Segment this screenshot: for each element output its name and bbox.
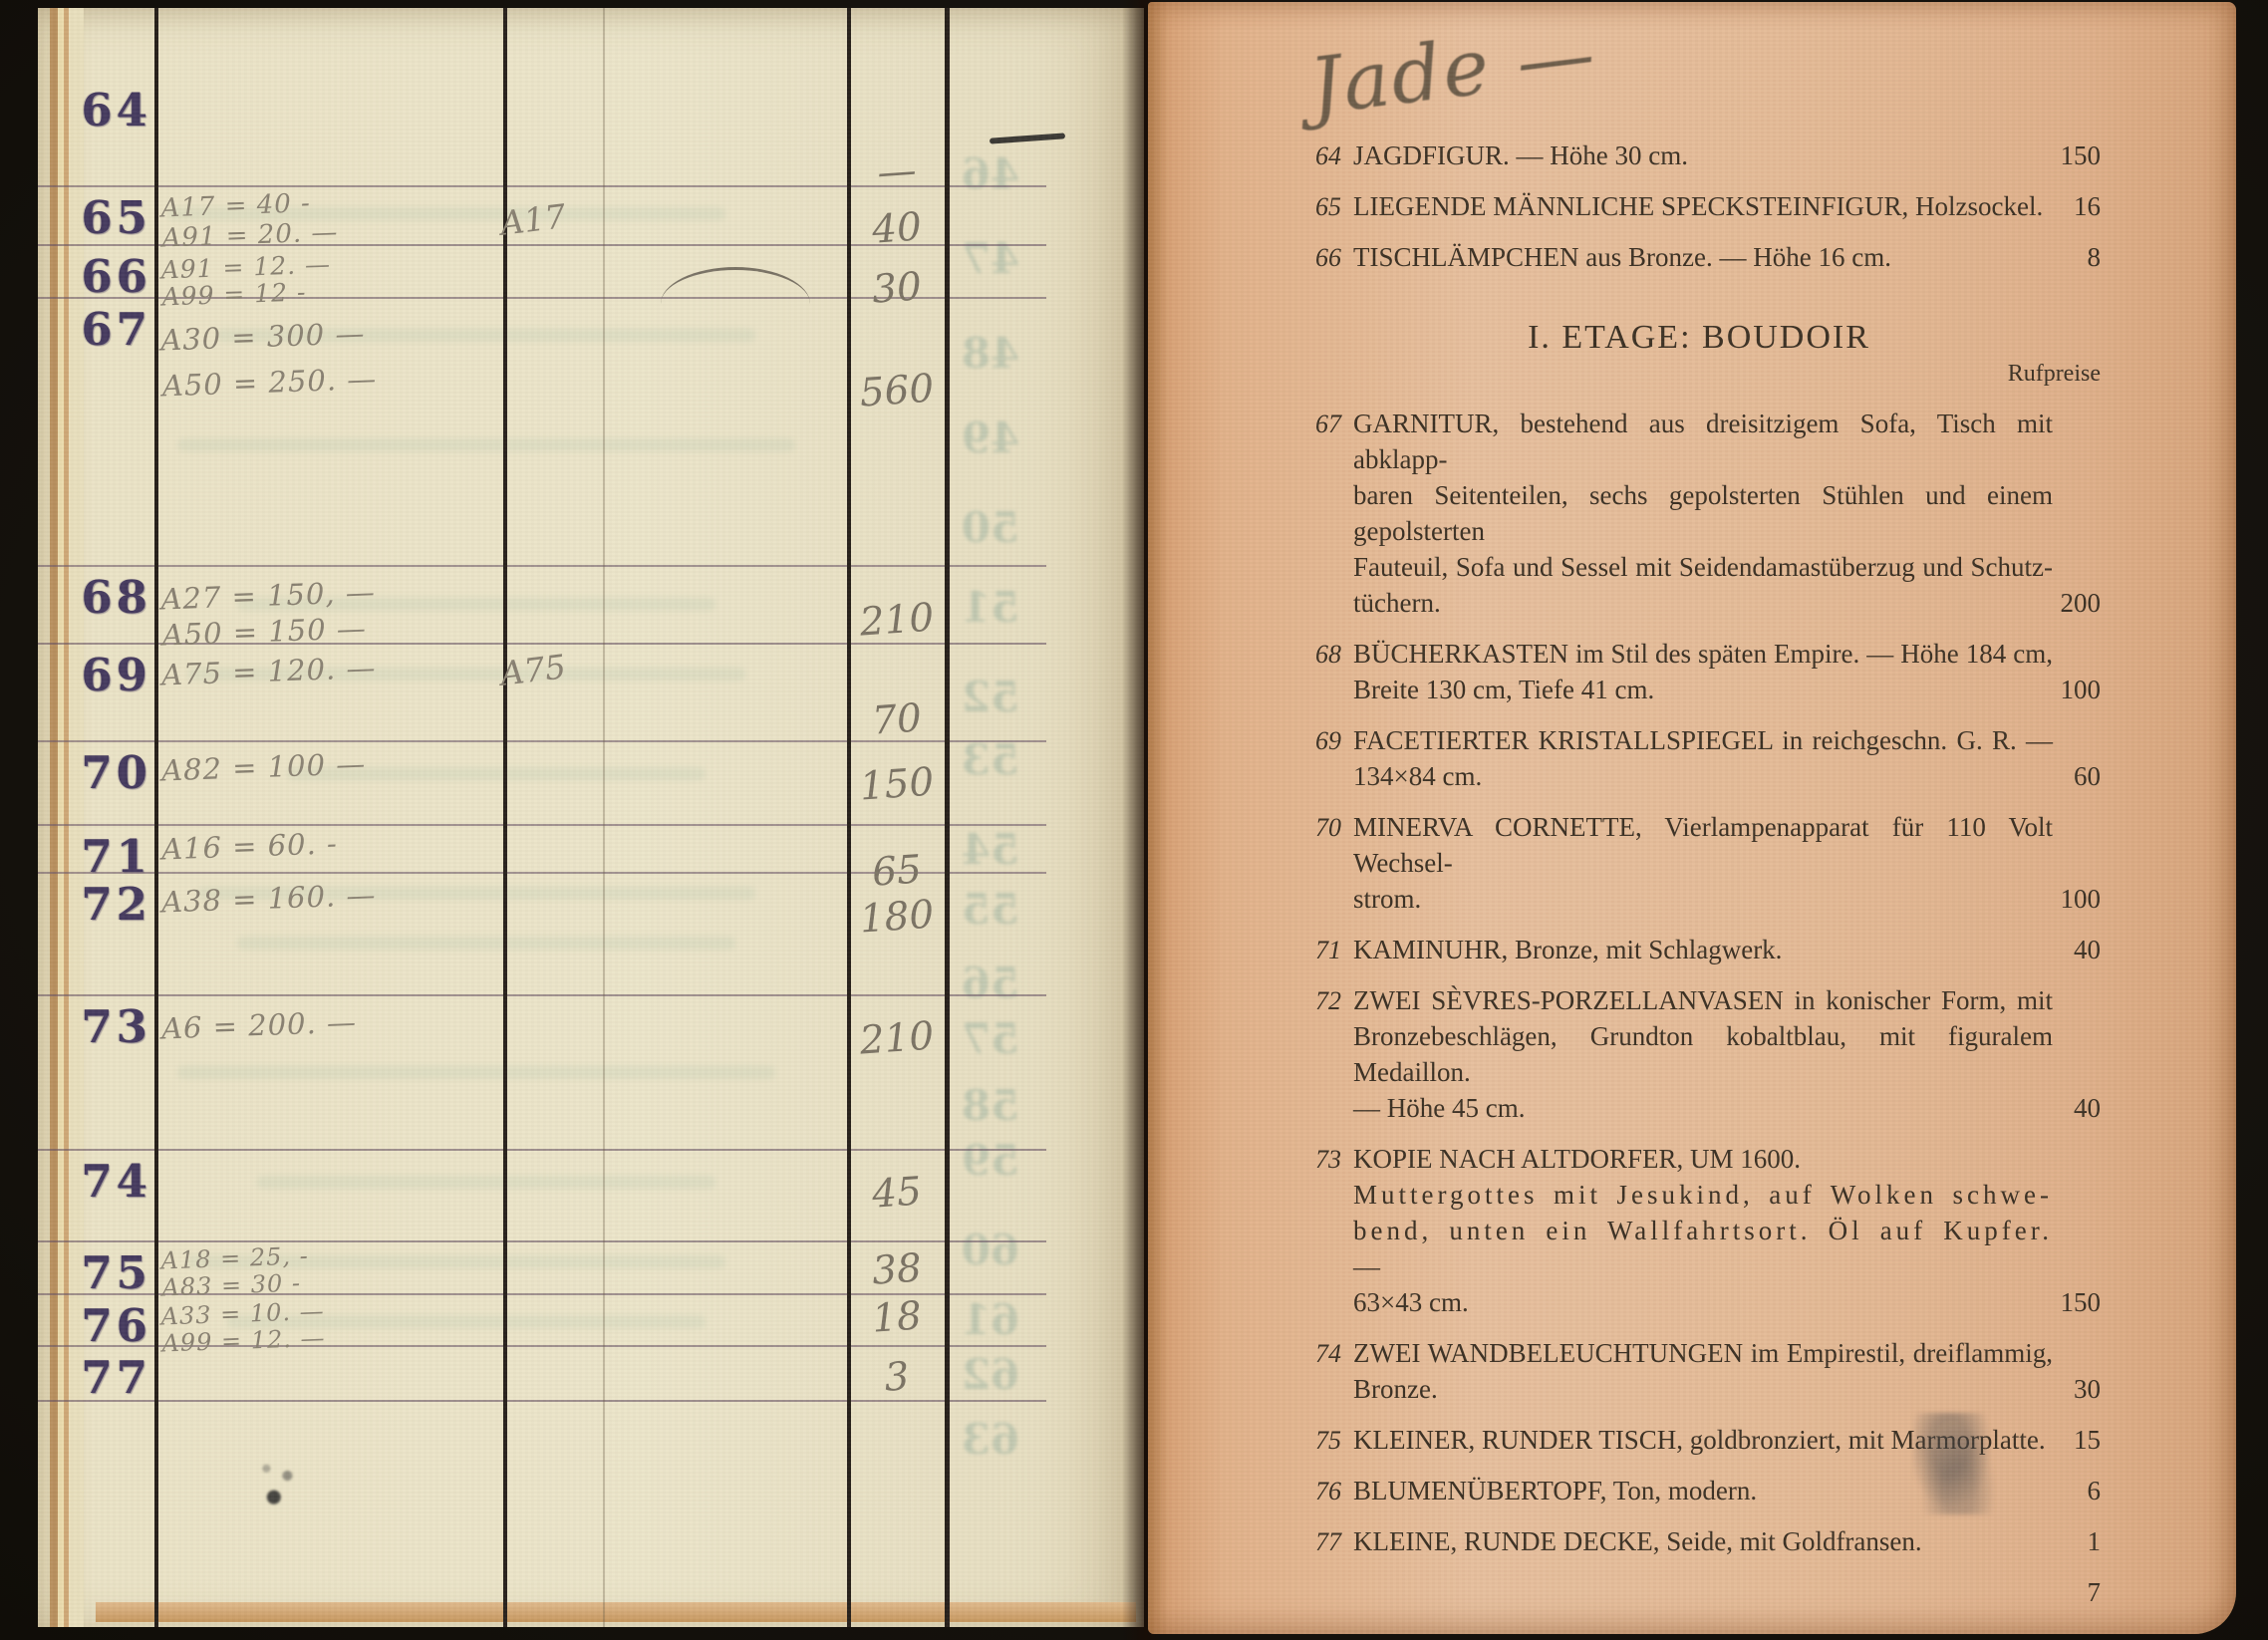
catalog-item-text: FACETIERTER KRISTALLSPIEGEL in reichgesc… [1353,722,2053,794]
bleedthrough-number: 56 [943,958,1038,1007]
catalog-items-boudoir: 67GARNITUR, bestehend aus dreisitzigem S… [1297,406,2101,1559]
bleedthrough-number: 48 [943,329,1038,378]
handwritten-result: 560 [846,366,949,417]
catalog-item-line: ZWEI SÈVRES-PORZELLANVASEN in konischer … [1353,982,2053,1018]
ledger-rule [38,824,1046,826]
catalog-item-number: 64 [1297,137,1353,173]
bleedthrough-number: 60 [943,1226,1038,1274]
bleedthrough-text-smear [177,1066,775,1079]
bleedthrough-number: 51 [943,583,1038,632]
handwritten-note-line: A82 = 100 — [161,742,531,788]
handwritten-note-line: A16 = 60. - [161,821,531,867]
catalog-item-line: BÜCHERKASTEN im Stil des späten Empire. … [1353,636,2053,672]
handwritten-result: 65 [846,846,949,898]
catalog-item-number: 66 [1297,239,1353,275]
handwritten-lot-tag: A17 [498,196,568,243]
catalog-item-line: 134×84 cm. [1353,758,2053,794]
catalog-item: 65LIEGENDE MÄNNLICHE SPECKSTEINFIGUR, Ho… [1297,188,2101,224]
lot-number-stamp: 71 [64,830,151,883]
catalog-item-price: 150 [2053,1284,2101,1320]
catalog-item-number: 70 [1297,809,1353,917]
bleedthrough-number: 46 [943,149,1038,198]
bleedthrough-number: 52 [943,673,1038,721]
catalog-item-line: KLEINE, RUNDE DECKE, Seide, mit Goldfran… [1353,1523,2053,1559]
catalog-item: 73KOPIE NACH ALTDORFER, UM 1600.Muttergo… [1297,1141,2101,1320]
section-heading: I. ETAGE: BOUDOIR [1297,319,2101,357]
ink-smudge [249,1453,311,1524]
bleedthrough-text-smear [237,937,735,950]
lot-number-stamp: 69 [64,649,151,701]
ledger-rule [38,565,1046,567]
handwritten-note: A82 = 100 — [161,742,531,788]
catalog-item-number: 68 [1297,636,1353,707]
catalog-item-text: LIEGENDE MÄNNLICHE SPECKSTEINFIGUR, Holz… [1353,188,2053,224]
ledger-column-line-thin [603,8,605,1627]
lot-number-stamp: 76 [64,1299,151,1352]
catalog-item-line: Bronzebeschlägen, Grundton kobaltblau, m… [1353,1018,2053,1090]
catalog-item-price: 8 [2053,239,2101,275]
ledger-rule [38,1400,1046,1402]
bleedthrough-number: 53 [943,735,1038,784]
bleedthrough-number: 55 [943,885,1038,934]
ledger-rule [38,1240,1046,1242]
lot-number-stamp: 65 [64,191,151,244]
catalog-item-line: tüchern. [1353,585,2053,621]
handwritten-result: 45 [846,1168,949,1220]
catalog-item: 71KAMINUHR, Bronze, mit Schlagwerk.40 [1297,932,2101,967]
catalog-item-price: 200 [2053,585,2101,621]
catalog-item-number: 76 [1297,1473,1353,1508]
handwritten-note: A17 = 40 -A91 = 20. — [160,181,531,254]
catalog-item-number: 75 [1297,1422,1353,1458]
catalog-item: 70MINERVA CORNETTE, Vierlampenapparat fü… [1297,809,2101,917]
catalog-item-text: KAMINUHR, Bronze, mit Schlagwerk. [1353,932,2053,967]
handwritten-note: A33 = 10. —A99 = 12. — [160,1291,531,1358]
handwritten-note-line: A38 = 160. — [161,874,531,920]
lot-number-stamp: 74 [64,1155,151,1208]
catalog-item-line: ZWEI WANDBELEUCHTUNGEN im Empirestil, dr… [1353,1335,2053,1371]
handwritten-note: A91 = 12. —A99 = 12 - [160,244,531,311]
catalog-item-number: 73 [1297,1141,1353,1320]
handwritten-note: A16 = 60. - [161,821,531,867]
handwritten-result: 38 [846,1244,949,1296]
handwritten-note: A38 = 160. — [161,874,531,920]
catalog-item-number: 74 [1297,1335,1353,1407]
catalog-item-number: 77 [1297,1523,1353,1559]
catalog-item: 66TISCHLÄMPCHEN aus Bronze. — Höhe 16 cm… [1297,239,2101,275]
catalog-page: Jade — 64JAGDFIGUR. — Höhe 30 cm.15065LI… [1148,2,2236,1634]
lot-number-stamp: 77 [64,1351,151,1404]
handwritten-section-title: Jade — [1305,9,1601,134]
handwritten-result: — [846,146,949,198]
catalog-item-price: 1 [2053,1523,2101,1559]
catalog-item-text: BÜCHERKASTEN im Stil des späten Empire. … [1353,636,2053,707]
handwritten-note: A27 = 150, —A50 = 150 — [160,569,531,654]
catalog-item-price: 6 [2053,1473,2101,1508]
catalog-item-price: 100 [2053,881,2101,917]
catalog-items-ground: 64JAGDFIGUR. — Höhe 30 cm.15065LIEGENDE … [1297,137,2101,275]
pencil-arc-mark [661,267,810,304]
catalog-item-text: KLEINE, RUNDE DECKE, Seide, mit Goldfran… [1353,1523,2053,1559]
catalog-item-price: 40 [2053,1090,2101,1126]
catalog-item-price: 150 [2053,137,2101,173]
handwritten-note: A30 = 300 —A50 = 250. — [160,305,532,410]
handwritten-result: 150 [846,759,949,811]
handwritten-result: 30 [846,263,949,315]
lot-number-stamp: 70 [64,746,151,799]
handwritten-result: 3 [846,1352,949,1404]
catalog-item-text: GARNITUR, bestehend aus dreisitzigem Sof… [1353,406,2053,621]
catalog-item-line: FACETIERTER KRISTALLSPIEGEL in reichgesc… [1353,722,2053,758]
book-photo: 464748495051525354555657585960616263 64—… [0,0,2268,1640]
catalog-item-line: JAGDFIGUR. — Höhe 30 cm. [1353,137,2053,173]
catalog-item-number: 69 [1297,722,1353,794]
catalog-item-text: ZWEI SÈVRES-PORZELLANVASEN in konischer … [1353,982,2053,1126]
catalog-item-line: MINERVA CORNETTE, Vierlampenapparat für … [1353,809,2053,881]
catalog-item-line: KOPIE NACH ALTDORFER, UM 1600. [1353,1141,2053,1177]
catalog-item: 77KLEINE, RUNDE DECKE, Seide, mit Goldfr… [1297,1523,2101,1559]
catalog-item-number: 71 [1297,932,1353,967]
stain-mark [1913,1413,1995,1514]
catalog-item-line: Breite 130 cm, Tiefe 41 cm. [1353,672,2053,707]
catalog-item-price: 60 [2053,758,2101,794]
catalog-item-text: JAGDFIGUR. — Höhe 30 cm. [1353,137,2053,173]
bleedthrough-number: 49 [943,413,1038,462]
lot-number-stamp: 68 [64,571,151,624]
catalog-item-price: 15 [2053,1422,2101,1458]
bleedthrough-number: 59 [943,1136,1038,1185]
catalog-item-line: KAMINUHR, Bronze, mit Schlagwerk. [1353,932,2053,967]
catalog-item-number: 72 [1297,982,1353,1126]
catalog-item-price: 40 [2053,932,2101,967]
catalog-item: 67GARNITUR, bestehend aus dreisitzigem S… [1297,406,2101,621]
handwritten-note: A6 = 200. — [161,1000,531,1046]
page-number: 7 [1297,1577,2101,1608]
handwritten-lot-tag: A75 [498,647,568,693]
bleedthrough-number: 61 [943,1295,1038,1344]
catalog-item-price: 100 [2053,672,2101,707]
bleedthrough-number: 57 [943,1014,1038,1063]
catalog-text-column: 64JAGDFIGUR. — Höhe 30 cm.15065LIEGENDE … [1297,137,2101,1608]
bleedthrough-number: 50 [943,503,1038,552]
ledger-rule [38,1149,1046,1151]
catalog-item: 72ZWEI SÈVRES-PORZELLANVASEN in konische… [1297,982,2101,1126]
catalog-item-line: TISCHLÄMPCHEN aus Bronze. — Höhe 16 cm. [1353,239,2053,275]
catalog-item-text: ZWEI WANDBELEUCHTUNGEN im Empirestil, dr… [1353,1335,2053,1407]
catalog-item-line: — Höhe 45 cm. [1353,1090,2053,1126]
catalog-item-line: strom. [1353,881,2053,917]
pencil-dash-mark [990,133,1065,143]
catalog-item-line: Bronze. [1353,1371,2053,1407]
catalog-item: 69FACETIERTER KRISTALLSPIEGEL in reichge… [1297,722,2101,794]
lot-number-stamp: 67 [64,303,151,356]
bleedthrough-text-smear [177,438,795,451]
catalog-item-line: GARNITUR, bestehend aus dreisitzigem Sof… [1353,406,2053,477]
bleedthrough-number: 58 [943,1081,1038,1130]
bleedthrough-number: 47 [943,234,1038,283]
catalog-item-number: 67 [1297,406,1353,621]
ledger-column-line [154,8,158,1627]
bleedthrough-number: 54 [943,825,1038,874]
catalog-item: 64JAGDFIGUR. — Höhe 30 cm.150 [1297,137,2101,173]
bleedthrough-number: 62 [943,1350,1038,1399]
catalog-item-text: TISCHLÄMPCHEN aus Bronze. — Höhe 16 cm. [1353,239,2053,275]
bleedthrough-number: 63 [943,1415,1038,1464]
catalog-item-line: LIEGENDE MÄNNLICHE SPECKSTEINFIGUR, Holz… [1353,188,2053,224]
price-column-label: Rufpreise [1297,361,2101,388]
bleedthrough-text-smear [257,1176,715,1189]
handwritten-result: 210 [846,1013,949,1065]
catalog-item-text: MINERVA CORNETTE, Vierlampenapparat für … [1353,809,2053,917]
catalog-item-line: 63×43 cm. [1353,1284,2053,1320]
catalog-item: 74ZWEI WANDBELEUCHTUNGEN im Empirestil, … [1297,1335,2101,1407]
catalog-item-number: 65 [1297,188,1353,224]
lot-number-stamp: 66 [64,250,151,303]
handwritten-note-line: A75 = 120. — [161,647,531,692]
handwritten-note: A75 = 120. — [161,647,531,692]
handwritten-result: 210 [846,595,949,647]
handwritten-note-line: A6 = 200. — [161,1000,531,1046]
catalog-item-line: bend, unten ein Wallfahrtsort. Öl auf Ku… [1353,1213,2053,1284]
catalog-item-text: KOPIE NACH ALTDORFER, UM 1600.Muttergott… [1353,1141,2053,1320]
handwritten-result: 40 [846,203,949,255]
lot-number-stamp: 75 [64,1246,151,1299]
page-edge-bottom [96,1602,1136,1622]
catalog-item-line: Muttergottes mit Jesukind, auf Wolken sc… [1353,1177,2053,1213]
handwritten-result: 18 [846,1292,949,1344]
handwritten-result: 70 [846,694,949,746]
catalog-item-price: 16 [2053,188,2101,224]
ledger-rule [38,994,1046,996]
catalog-item-line: Fauteuil, Sofa und Sessel mit Seidendama… [1353,549,2053,585]
ledger-page: 464748495051525354555657585960616263 64—… [38,8,1144,1627]
lot-number-stamp: 73 [64,1000,151,1053]
catalog-item: 68BÜCHERKASTEN im Stil des späten Empire… [1297,636,2101,707]
catalog-item-price: 30 [2053,1371,2101,1407]
lot-number-stamp: 72 [64,878,151,931]
handwritten-result: 180 [846,892,949,944]
catalog-item-line: baren Seitenteilen, sechs gepolsterten S… [1353,477,2053,549]
lot-number-stamp: 64 [64,84,151,137]
